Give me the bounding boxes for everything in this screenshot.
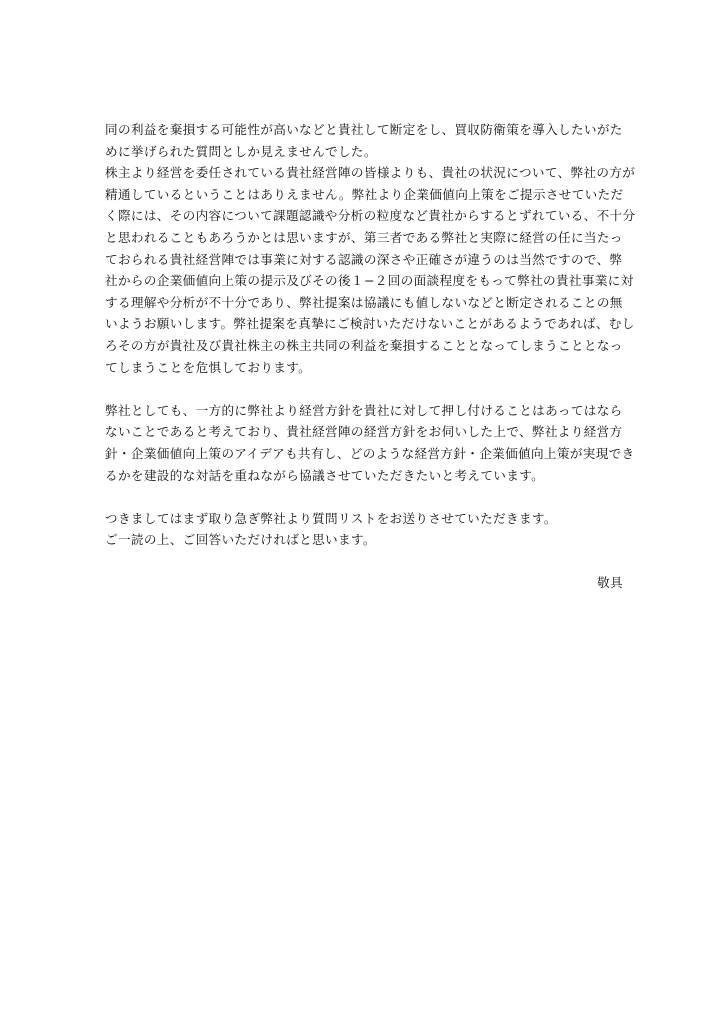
- paragraph-4: つきましてはまず取り急ぎ弊社より質問リストをお送りさせていただきます。 ご一読の…: [105, 508, 625, 551]
- letter-page: 同の利益を棄損する可能性が高いなどと貴社して断定をし、買収防衛策を導入したいがた…: [105, 119, 625, 594]
- paragraph-3: 弊社としても、一方的に弊社より経営方針を貴社に対して押し付けることはあってはなら…: [105, 400, 625, 486]
- text-line: と思われることもあろうかとは思いますが、第三者である弊社と実際に経営の任に当たっ: [105, 227, 625, 249]
- closing-salutation: 敬具: [105, 572, 625, 594]
- text-line: 同の利益を棄損する可能性が高いなどと貴社して断定をし、買収防衛策を導入したいがた: [105, 119, 625, 141]
- text-line: ておられる貴社経営陣では事業に対する認識の深さや正確さが違うのは当然ですので、弊: [105, 249, 625, 271]
- text-line: する理解や分析が不十分であり、弊社提案は協議にも値しないなどと断定されることの無: [105, 292, 625, 314]
- paragraph-1: 同の利益を棄損する可能性が高いなどと貴社して断定をし、買収防衛策を導入したいがた…: [105, 119, 625, 162]
- paragraph-spacer: [105, 551, 625, 573]
- paragraph-spacer: [105, 378, 625, 400]
- paragraph-2: 株主より経営を委任されている貴社経営陣の皆様よりも、貴社の状況について、弊社の方…: [105, 162, 625, 378]
- text-line: 株主より経営を委任されている貴社経営陣の皆様よりも、貴社の状況について、弊社の方…: [105, 162, 625, 184]
- text-line: ろその方が貴社及び貴社株主の株主共同の利益を棄損することとなってしまうこととなっ: [105, 335, 625, 357]
- text-line: く際には、その内容について課題認識や分析の粒度など貴社からするとずれている、不十…: [105, 205, 625, 227]
- text-line: ないことであると考えており、貴社経営陣の経営方針をお伺いした上で、弊社より経営方: [105, 421, 625, 443]
- text-line: ご一読の上、ご回答いただければと思います。: [105, 529, 625, 551]
- text-line: てしまうことを危惧しております。: [105, 357, 625, 379]
- text-line: 精通しているということはありえません。弊社より企業価値向上策をご提示させていただ: [105, 184, 625, 206]
- text-line: 弊社としても、一方的に弊社より経営方針を貴社に対して押し付けることはあってはなら: [105, 400, 625, 422]
- text-line: 社からの企業価値向上策の提示及びその後１−２回の面談程度をもって弊社の貴社事業に…: [105, 270, 625, 292]
- text-line: 針・企業価値向上策のアイデアも共有し、どのような経営方針・企業価値向上策が実現で…: [105, 443, 625, 465]
- text-line: るかを建設的な対話を重ねながら協議させていただきたいと考えています。: [105, 465, 625, 487]
- text-line: いようお願いします。弊社提案を真摯にご検討いただけないことがあるようであれば、む…: [105, 313, 625, 335]
- paragraph-spacer: [105, 486, 625, 508]
- text-line: めに挙げられた質問としか見えませんでした。: [105, 141, 625, 163]
- text-line: つきましてはまず取り急ぎ弊社より質問リストをお送りさせていただきます。: [105, 508, 625, 530]
